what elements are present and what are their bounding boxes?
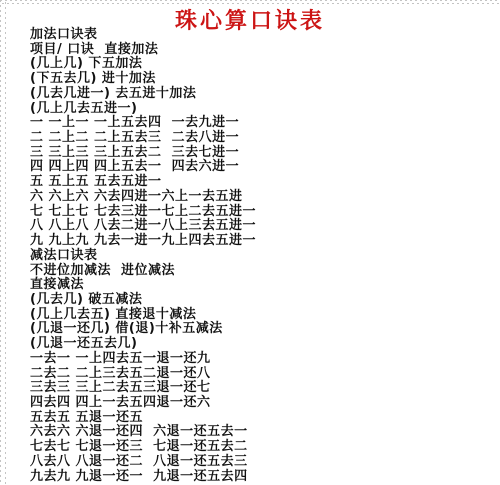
text-line: (下五去几) 进十加法 [30,72,496,87]
text-line: 九 九上九 九去一进一九上四去五进一 [30,234,496,249]
text-line: 二 二上二 二上五去三 二去八进一 [30,131,496,146]
text-line: 六 六上六 六去四进一六上一去五进 [30,190,496,205]
text-line: 四去四 四上一去五四退一还六 [30,396,496,411]
lines: 加法口诀表项目/ 口诀 直接加法(几上几) 下五加法(下五去几) 进十加法(几去… [30,28,496,484]
text-line: 一 一上一 一上五去四 一去九进一 [30,116,496,131]
text-line: 七去七 七退一还三 七退一还五去二 [30,440,496,455]
text-line: 四 四上四 四上五去一 四去六进一 [30,160,496,175]
left-dotted-border [0,0,1,485]
text-line: 三去三 三上二去五三退一还七 [30,381,496,396]
text-line: (几上几) 下五加法 [30,57,496,72]
top-dotted-border [0,0,500,1]
text-line: 八 八上八 八去二进一八上三去五进一 [30,219,496,234]
text-line: (几退一还五去几) [30,337,496,352]
text-line: 加法口诀表 [30,28,496,43]
text-line: (几退一还几) 借(退)十补五减法 [30,322,496,337]
text-line: 直接减法 [30,278,496,293]
text-line: (几去几) 破五减法 [30,293,496,308]
left-dotted-border-inner [5,0,6,485]
document-page: 珠心算口诀表 加法口诀表项目/ 口诀 直接加法(几上几) 下五加法(下五去几) … [0,0,500,485]
text-line: 八去八 八退一还二 八退一还五去三 [30,455,496,470]
text-line: 不进位加减法 进位减法 [30,264,496,279]
text-line: 减法口诀表 [30,249,496,264]
text-line: 六去六 六退一还四 六退一还五去一 [30,425,496,440]
text-line: 五 五上五 五去五进一 [30,175,496,190]
text-line: (几去几进一) 去五进十加法 [30,87,496,102]
text-line: 九去九 九退一还一 九退一还五去四 [30,470,496,485]
text-line: 一去一 一上四去五一退一还九 [30,352,496,367]
